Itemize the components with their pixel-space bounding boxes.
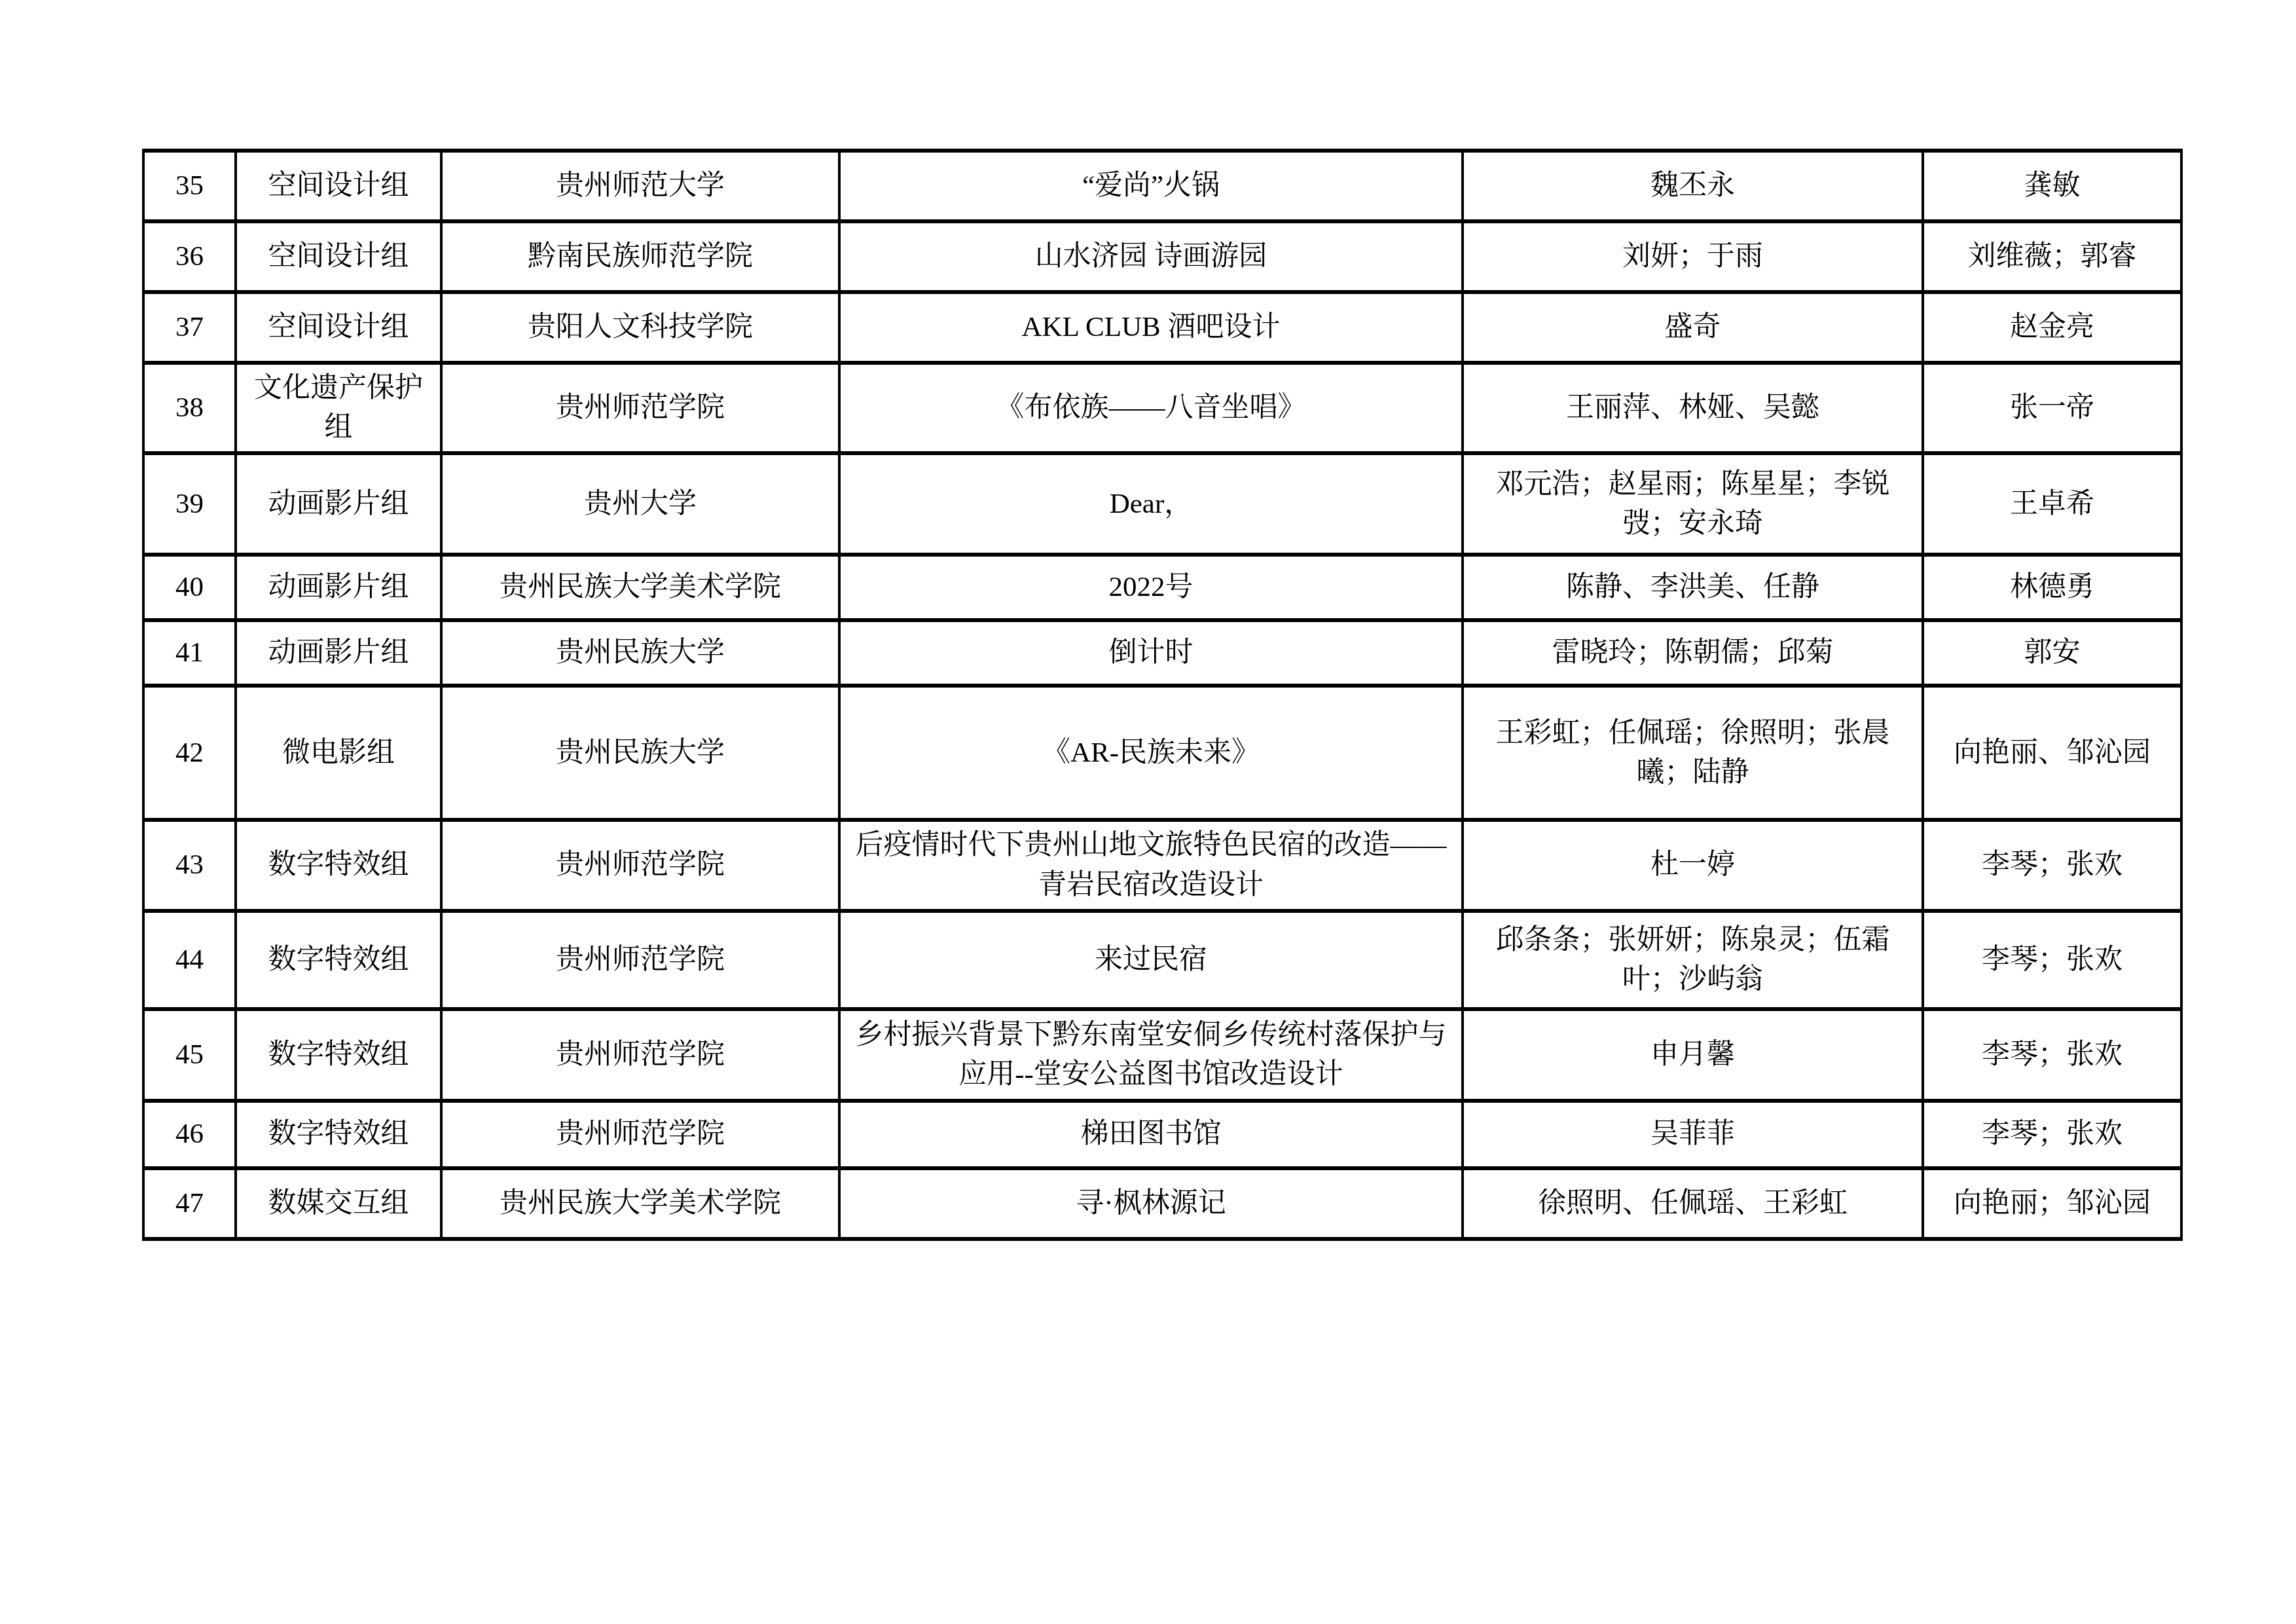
cell-school: 贵州师范学院 [441, 820, 839, 910]
cell-advisors: 郭安 [1923, 620, 2181, 686]
table-row: 39 动画影片组 贵州大学 Dear， 邓元浩；赵星雨；陈星星；李锐弢；安永琦 … [143, 453, 2181, 555]
cell-number: 37 [143, 292, 236, 363]
cell-school: 贵州师范学院 [441, 363, 839, 453]
cell-authors: 邓元浩；赵星雨；陈星星；李锐弢；安永琦 [1463, 453, 1923, 555]
cell-advisors: 李琴；张欢 [1923, 911, 2181, 1009]
cell-work-title: 《AR-民族未来》 [839, 686, 1463, 820]
cell-advisors: 刘维薇；郭睿 [1923, 221, 2181, 292]
cell-number: 41 [143, 620, 236, 686]
cell-group: 数字特效组 [236, 911, 441, 1009]
table-row: 40 动画影片组 贵州民族大学美术学院 2022号 陈静、李洪美、任静 林德勇 [143, 555, 2181, 620]
cell-group: 数字特效组 [236, 820, 441, 910]
cell-number: 38 [143, 363, 236, 453]
cell-group: 空间设计组 [236, 221, 441, 292]
cell-advisors: 赵金亮 [1923, 292, 2181, 363]
cell-authors: 申月馨 [1463, 1009, 1923, 1101]
cell-authors: 雷晓玲；陈朝儒；邱菊 [1463, 620, 1923, 686]
cell-school: 贵州民族大学美术学院 [441, 1168, 839, 1239]
cell-group: 数字特效组 [236, 1009, 441, 1101]
cell-work-title: 2022号 [839, 555, 1463, 620]
table-row: 41 动画影片组 贵州民族大学 倒计时 雷晓玲；陈朝儒；邱菊 郭安 [143, 620, 2181, 686]
cell-work-title: 倒计时 [839, 620, 1463, 686]
cell-advisors: 李琴；张欢 [1923, 820, 2181, 910]
cell-authors: 王彩虹；任佩瑶；徐照明；张晨曦；陆静 [1463, 686, 1923, 820]
cell-authors: 陈静、李洪美、任静 [1463, 555, 1923, 620]
cell-authors: 徐照明、任佩瑶、王彩虹 [1463, 1168, 1923, 1239]
cell-advisors: 李琴；张欢 [1923, 1009, 2181, 1101]
cell-work-title: 梯田图书馆 [839, 1101, 1463, 1168]
table-row: 36 空间设计组 黔南民族师范学院 山水济园 诗画游园 刘妍；于雨 刘维薇；郭睿 [143, 221, 2181, 292]
cell-authors: 魏丕永 [1463, 151, 1923, 221]
cell-work-title: 来过民宿 [839, 911, 1463, 1009]
cell-number: 47 [143, 1168, 236, 1239]
cell-number: 39 [143, 453, 236, 555]
cell-work-title: 乡村振兴背景下黔东南堂安侗乡传统村落保护与应用--堂安公益图书馆改造设计 [839, 1009, 1463, 1101]
cell-group: 数字特效组 [236, 1101, 441, 1168]
awards-table: 35 空间设计组 贵州师范大学 “爱尚”火锅 魏丕永 龚敏 36 空间设计组 黔… [142, 149, 2183, 1241]
cell-school: 贵州师范大学 [441, 151, 839, 221]
cell-work-title: 山水济园 诗画游园 [839, 221, 1463, 292]
cell-number: 44 [143, 911, 236, 1009]
table-row: 38 文化遗产保护组 贵州师范学院 《布依族——八音坐唱》 王丽萍、林娅、吴懿 … [143, 363, 2181, 453]
cell-group: 数媒交互组 [236, 1168, 441, 1239]
cell-number: 35 [143, 151, 236, 221]
table-row: 42 微电影组 贵州民族大学 《AR-民族未来》 王彩虹；任佩瑶；徐照明；张晨曦… [143, 686, 2181, 820]
cell-work-title: 后疫情时代下贵州山地文旅特色民宿的改造——青岩民宿改造设计 [839, 820, 1463, 910]
cell-work-title: Dear， [839, 453, 1463, 555]
table-row: 43 数字特效组 贵州师范学院 后疫情时代下贵州山地文旅特色民宿的改造——青岩民… [143, 820, 2181, 910]
cell-authors: 吴菲菲 [1463, 1101, 1923, 1168]
cell-number: 46 [143, 1101, 236, 1168]
cell-work-title: “爱尚”火锅 [839, 151, 1463, 221]
cell-work-title: 《布依族——八音坐唱》 [839, 363, 1463, 453]
cell-advisors: 向艳丽、邹沁园 [1923, 686, 2181, 820]
cell-group: 空间设计组 [236, 151, 441, 221]
cell-advisors: 林德勇 [1923, 555, 2181, 620]
cell-number: 43 [143, 820, 236, 910]
cell-group: 动画影片组 [236, 453, 441, 555]
cell-advisors: 李琴；张欢 [1923, 1101, 2181, 1168]
cell-number: 36 [143, 221, 236, 292]
cell-advisors: 龚敏 [1923, 151, 2181, 221]
cell-authors: 王丽萍、林娅、吴懿 [1463, 363, 1923, 453]
table-row: 47 数媒交互组 贵州民族大学美术学院 寻·枫林源记 徐照明、任佩瑶、王彩虹 向… [143, 1168, 2181, 1239]
cell-group: 动画影片组 [236, 555, 441, 620]
cell-school: 贵州民族大学 [441, 686, 839, 820]
cell-school: 贵阳人文科技学院 [441, 292, 839, 363]
cell-authors: 邱条条；张妍妍；陈泉灵；伍霜叶；沙屿翁 [1463, 911, 1923, 1009]
cell-number: 40 [143, 555, 236, 620]
cell-number: 45 [143, 1009, 236, 1101]
cell-school: 贵州师范学院 [441, 911, 839, 1009]
cell-school: 贵州民族大学 [441, 620, 839, 686]
cell-work-title: AKL CLUB 酒吧设计 [839, 292, 1463, 363]
cell-advisors: 张一帝 [1923, 363, 2181, 453]
table-body: 35 空间设计组 贵州师范大学 “爱尚”火锅 魏丕永 龚敏 36 空间设计组 黔… [143, 151, 2181, 1239]
cell-group: 空间设计组 [236, 292, 441, 363]
table-row: 44 数字特效组 贵州师范学院 来过民宿 邱条条；张妍妍；陈泉灵；伍霜叶；沙屿翁… [143, 911, 2181, 1009]
document-page: 35 空间设计组 贵州师范大学 “爱尚”火锅 魏丕永 龚敏 36 空间设计组 黔… [0, 0, 2296, 1624]
cell-school: 贵州师范学院 [441, 1101, 839, 1168]
cell-school: 贵州民族大学美术学院 [441, 555, 839, 620]
cell-work-title: 寻·枫林源记 [839, 1168, 1463, 1239]
cell-authors: 刘妍；于雨 [1463, 221, 1923, 292]
cell-group: 微电影组 [236, 686, 441, 820]
cell-group: 文化遗产保护组 [236, 363, 441, 453]
cell-advisors: 王卓希 [1923, 453, 2181, 555]
cell-school: 贵州师范学院 [441, 1009, 839, 1101]
cell-group: 动画影片组 [236, 620, 441, 686]
table-row: 35 空间设计组 贵州师范大学 “爱尚”火锅 魏丕永 龚敏 [143, 151, 2181, 221]
table-row: 45 数字特效组 贵州师范学院 乡村振兴背景下黔东南堂安侗乡传统村落保护与应用-… [143, 1009, 2181, 1101]
cell-number: 42 [143, 686, 236, 820]
cell-authors: 盛奇 [1463, 292, 1923, 363]
cell-school: 黔南民族师范学院 [441, 221, 839, 292]
cell-advisors: 向艳丽；邹沁园 [1923, 1168, 2181, 1239]
table-row: 37 空间设计组 贵阳人文科技学院 AKL CLUB 酒吧设计 盛奇 赵金亮 [143, 292, 2181, 363]
cell-authors: 杜一婷 [1463, 820, 1923, 910]
cell-school: 贵州大学 [441, 453, 839, 555]
table-row: 46 数字特效组 贵州师范学院 梯田图书馆 吴菲菲 李琴；张欢 [143, 1101, 2181, 1168]
